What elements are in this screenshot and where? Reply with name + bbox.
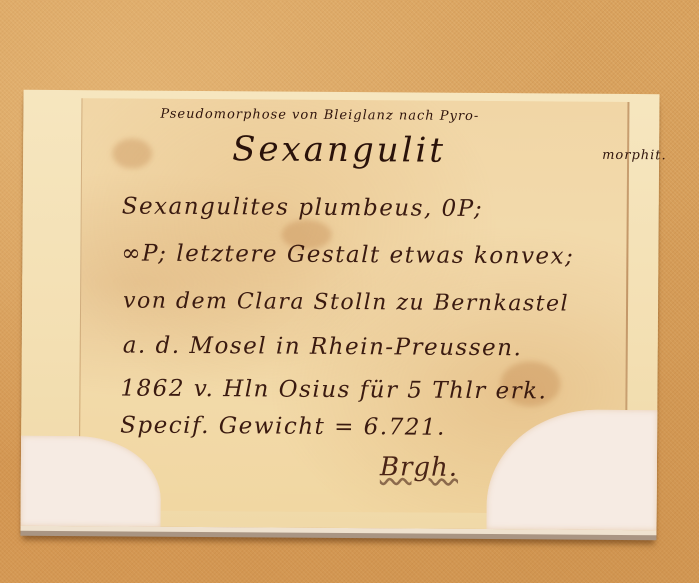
signature: Brgh.: [380, 452, 458, 483]
label-line-form: ∞P; letztere Gestalt etwas konvex;: [121, 240, 574, 269]
specimen-mount: Pseudomorphose von Bleiglanz nach Pyro- …: [20, 90, 659, 536]
label-line-specific-gravity: Specif. Gewicht = 6.721.: [120, 412, 446, 440]
paper-stain: [112, 138, 152, 168]
header-line-continuation: morphit.: [602, 148, 667, 163]
label-line-locality: von dem Clara Stolln zu Bernkastel: [123, 288, 569, 316]
label-line-acquisition: 1862 v. Hln Osius für 5 Thlr erk.: [120, 375, 547, 404]
label-line-region: a. d. Mosel in Rhein-Preussen.: [123, 332, 523, 361]
label-title: Sexangulit: [232, 129, 446, 170]
header-line: Pseudomorphose von Bleiglanz nach Pyro-: [160, 107, 479, 124]
label-line-species: Sexangulites plumbeus, 0P;: [122, 193, 484, 222]
